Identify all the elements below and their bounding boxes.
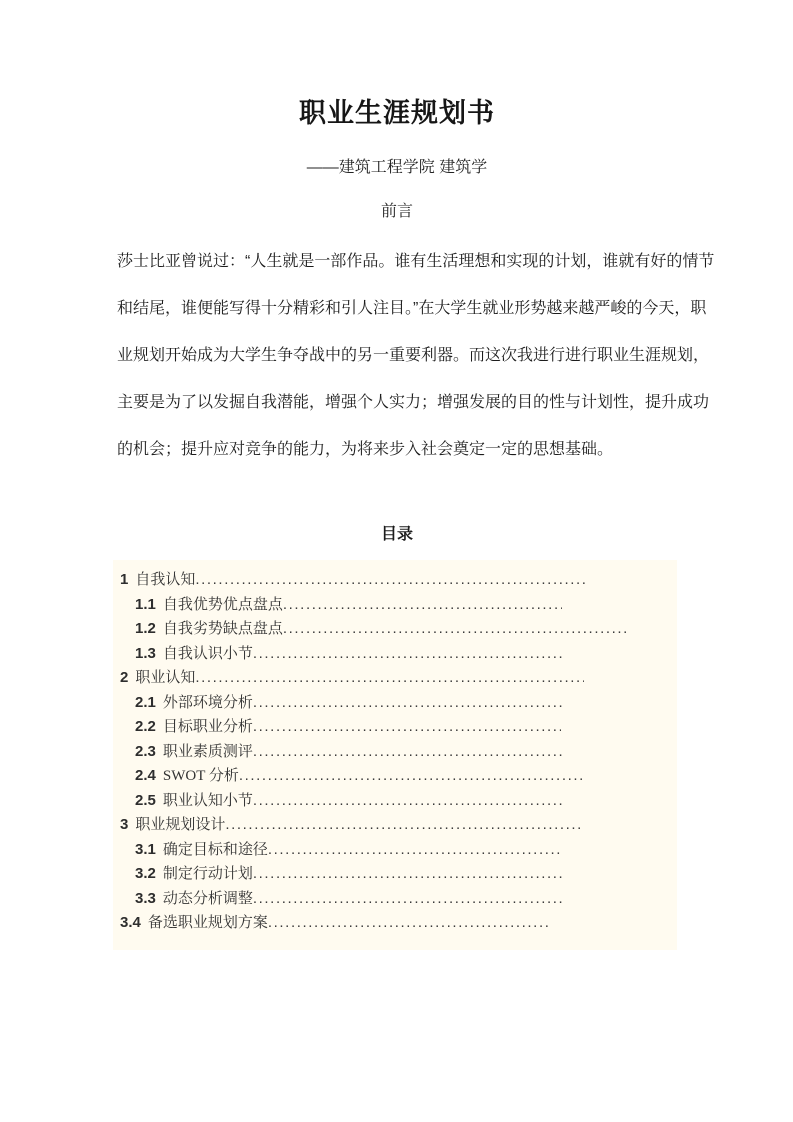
toc-item-number: 3 — [120, 813, 128, 838]
toc-leader-dots: ........................................… — [195, 666, 584, 691]
toc-leader-dots: ........................................… — [195, 568, 585, 593]
toc-item: 3.3 动态分析调整 .............................… — [113, 887, 677, 912]
toc-item-number: 1 — [120, 568, 128, 593]
preface-line: 莎士比亚曾说过：“人生就是一部作品。谁有生活理想和实现的计划，谁就有好的情节 — [117, 238, 677, 285]
toc-item: 1.1 自我优势优点盘点 ...........................… — [113, 593, 677, 618]
toc-item: 3.1 确定目标和途径 ............................… — [113, 838, 677, 863]
toc-item-label: 职业规划设计 — [135, 813, 225, 838]
toc-item-label: 备选职业规划方案 — [148, 911, 268, 936]
toc-item-label: 外部环境分析 — [163, 691, 253, 716]
toc-item: 1 自我认知 .................................… — [113, 568, 677, 593]
toc-leader-dots: ........................................… — [225, 813, 583, 838]
toc-item-number: 2.5 — [135, 789, 156, 814]
toc-leader-dots: ........................................… — [253, 887, 563, 912]
toc-leader-dots: ........................................… — [253, 715, 561, 740]
toc-item: 2.5 职业认知小节 .............................… — [113, 789, 677, 814]
toc-item-number: 2.2 — [135, 715, 156, 740]
toc-item: 3.2 制定行动计划 .............................… — [113, 862, 677, 887]
document-page: 职业生涯规划书 ——建筑工程学院 建筑学 前言 莎士比亚曾说过：“人生就是一部作… — [0, 0, 793, 1122]
toc-leader-dots: ........................................… — [253, 789, 562, 814]
preface-paragraph: 莎士比亚曾说过：“人生就是一部作品。谁有生活理想和实现的计划，谁就有好的情节和结… — [117, 238, 677, 473]
toc-item-label: SWOT 分析 — [163, 764, 239, 789]
toc-item: 2.1 外部环境分析 .............................… — [113, 691, 677, 716]
toc-item: 2.4 SWOT 分析 ............................… — [113, 764, 677, 789]
toc-leader-dots: ........................................… — [253, 740, 562, 765]
toc-leader-dots: ........................................… — [283, 593, 562, 618]
toc-item-number: 1.1 — [135, 593, 156, 618]
document-subtitle: ——建筑工程学院 建筑学 — [117, 158, 677, 178]
toc-item-label: 目标职业分析 — [163, 715, 253, 740]
toc-item-label: 自我认识小节 — [163, 642, 253, 667]
toc-leader-dots: ........................................… — [268, 838, 563, 863]
toc-leader-dots: ........................................… — [253, 691, 562, 716]
toc-item-number: 1.2 — [135, 617, 156, 642]
toc-box: 1 自我认知 .................................… — [113, 560, 677, 950]
preface-line: 的机会；提升应对竞争的能力，为将来步入社会奠定一定的思想基础。 — [117, 426, 677, 473]
toc-item-label: 自我认知 — [135, 568, 195, 593]
toc-item-number: 3.3 — [135, 887, 156, 912]
toc-item-label: 确定目标和途径 — [163, 838, 268, 863]
toc-item: 2 职业认知 .................................… — [113, 666, 677, 691]
toc-item-label: 职业认知小节 — [163, 789, 253, 814]
toc-leader-dots: ........................................… — [283, 617, 628, 642]
toc-item: 1.2 自我劣势缺点盘点 ...........................… — [113, 617, 677, 642]
toc-item: 1.3 自我认识小节 .............................… — [113, 642, 677, 667]
toc-item-label: 制定行动计划 — [163, 862, 253, 887]
toc-item-number: 2.3 — [135, 740, 156, 765]
toc-item-number: 1.3 — [135, 642, 156, 667]
toc-leader-dots: ........................................… — [268, 911, 550, 936]
toc-item-label: 职业认知 — [135, 666, 195, 691]
preface-heading: 前言 — [117, 202, 677, 222]
preface-line: 主要是为了以发掘自我潜能，增强个人实力；增强发展的目的性与计划性，提升成功 — [117, 379, 677, 426]
toc-item-number: 3.4 — [120, 911, 141, 936]
toc-item-label: 动态分析调整 — [163, 887, 253, 912]
toc-item-number: 3.1 — [135, 838, 156, 863]
toc-item-number: 2 — [120, 666, 128, 691]
toc-item-number: 2.4 — [135, 764, 156, 789]
toc-item-label: 自我劣势缺点盘点 — [163, 617, 283, 642]
toc-item-label: 职业素质测评 — [163, 740, 253, 765]
toc-item: 2.2 目标职业分析 .............................… — [113, 715, 677, 740]
toc-leader-dots: ........................................… — [253, 642, 564, 667]
toc-leader-dots: ........................................… — [253, 862, 562, 887]
toc-item: 2.3 职业素质测评 .............................… — [113, 740, 677, 765]
toc-item-number: 2.1 — [135, 691, 156, 716]
preface-line: 业规划开始成为大学生争夺战中的另一重要利器。而这次我进行进行职业生涯规划， — [117, 332, 677, 379]
toc-item: 3.4 备选职业规划方案 ...........................… — [113, 911, 677, 936]
toc-item: 3 职业规划设计 ...............................… — [113, 813, 677, 838]
toc-item-number: 3.2 — [135, 862, 156, 887]
toc-heading: 目录 — [117, 525, 677, 545]
document-title: 职业生涯规划书 — [117, 0, 677, 130]
preface-line: 和结尾，谁便能写得十分精彩和引人注目。”在大学生就业形势越来越严峻的今天，职 — [117, 285, 677, 332]
toc-leader-dots: ........................................… — [239, 764, 582, 789]
toc-item-label: 自我优势优点盘点 — [163, 593, 283, 618]
